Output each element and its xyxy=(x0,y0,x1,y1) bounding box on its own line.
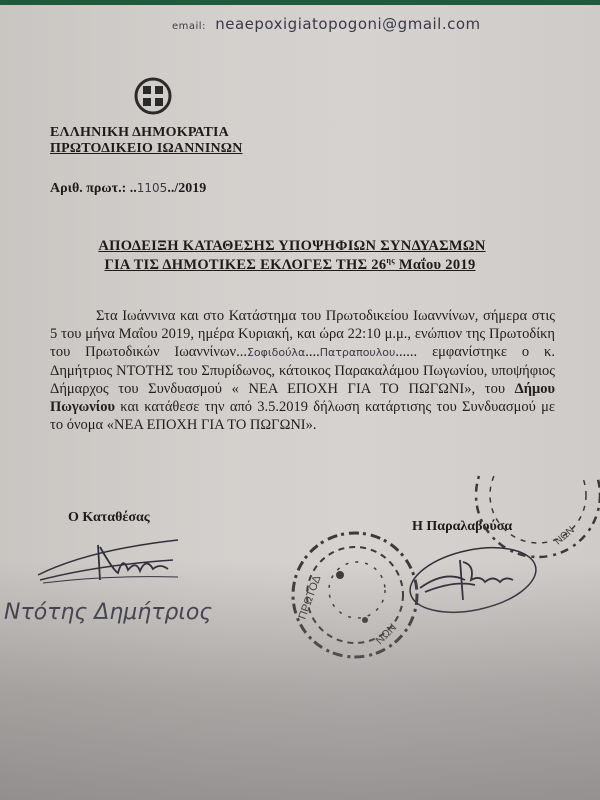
depositor-label: Ο Καταθέσας xyxy=(68,510,150,526)
svg-text:ΠΡΩΤΟΔ: ΠΡΩΤΟΔ xyxy=(297,573,324,621)
greek-coat-of-arms-icon xyxy=(134,77,172,117)
protocol-label: Αριθ. πρωτ.: xyxy=(50,181,130,196)
depositor-signature-icon xyxy=(28,535,188,595)
court-seal-stamp-icon: ΠΡΩΤΟΔ ΝΩΝ xyxy=(285,525,425,675)
body-dots: .... xyxy=(305,344,320,360)
document-sheet: email: neaepoxigiatopogoni@gmail.com ΕΛΛ… xyxy=(0,5,600,800)
header-republic: ΕΛΛΗΝΙΚΗ ΔΗΜΟΚΡΑΤΙΑ xyxy=(50,125,229,141)
title-line2-date: Μαΐου 2019 xyxy=(395,257,476,273)
handwritten-judge-first-name: Σοφιδούλα xyxy=(247,346,305,359)
handwritten-email: email: neaepoxigiatopogoni@gmail.com xyxy=(172,15,481,33)
email-label: email: xyxy=(172,21,206,32)
title-ordinal-suffix: ης xyxy=(386,256,395,265)
document-title-line2: ΓΙΑ ΤΙΣ ΔΗΜΟΤΙΚΕΣ ΕΚΛΟΓΕΣ ΤΗΣ 26ης Μαΐου… xyxy=(0,256,590,274)
document-body: Στα Ιωάννινα και στο Κατάστημα του Πρωτο… xyxy=(50,307,555,434)
email-value: neaepoxigiatopogoni@gmail.com xyxy=(215,15,480,33)
protocol-year: ../2019 xyxy=(167,181,206,196)
svg-text:ΝΩΝ: ΝΩΝ xyxy=(374,622,400,648)
document-title-line1: ΑΠΟΔΕΙΞΗ ΚΑΤΑΘΕΣΗΣ ΥΠΟΨΗΦΙΩΝ ΣΥΝΔΥΑΣΜΩΝ xyxy=(0,238,592,255)
header-court: ΠΡΩΤΟΔΙΚΕΙΟ ΙΩΑΝΝΙΝΩΝ xyxy=(50,141,243,157)
protocol-dots: .. xyxy=(130,181,137,196)
depositor-handwritten-name: Ντότης Δημήτριος xyxy=(4,600,212,625)
protocol-number: Αριθ. πρωτ.: ..1105../2019 xyxy=(50,181,206,197)
protocol-handwritten-number: 1105 xyxy=(137,181,168,195)
body-paragraph: Στα Ιωάννινα και στο Κατάστημα του Πρωτο… xyxy=(50,307,555,434)
title-line2-text: ΓΙΑ ΤΙΣ ΔΗΜΟΤΙΚΕΣ ΕΚΛΟΓΕΣ ΤΗΣ 26 xyxy=(104,257,386,273)
handwritten-judge-last-name: Πατραπουλου xyxy=(320,346,396,359)
body-text-declaration: και κατάθεσε την από 3.5.2019 δήλωση κατ… xyxy=(50,399,555,433)
receiver-signature-icon xyxy=(405,540,540,615)
